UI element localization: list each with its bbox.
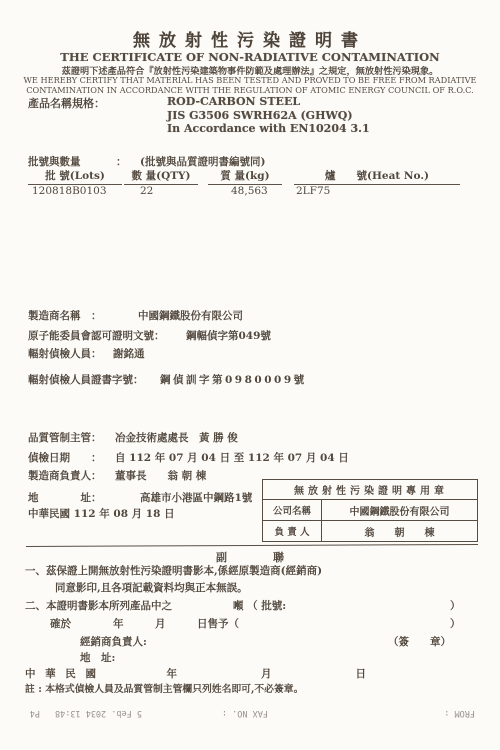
dealer-address-label: 地 址: <box>80 650 115 665</box>
dealer-seal-label: （簽 章） <box>388 634 451 649</box>
fax-header-upside-down: FROM : FAX NO. : 5 Feb. 2034 13:48 P4 <box>0 703 500 721</box>
stamp-principal-label: 負 責 人 <box>263 521 322 541</box>
qc-manager-value: 冶金技術處處長 黃 勝 俊 <box>115 430 238 445</box>
statement-en-line1: WE HEREBY CERTIFY THAT MATERIAL HAS BEEN… <box>0 75 500 85</box>
maker-label: 製造商名稱 ： <box>28 308 102 323</box>
stamp-title: 無放射性污染證明專用章 <box>263 480 477 500</box>
address-label: 地 址： <box>28 490 102 505</box>
lots-col-kg: 質 量(kg) <box>208 168 282 185</box>
lots-col-lots: 批 號(Lots) <box>28 168 122 185</box>
lot-qty: 22 <box>140 185 153 197</box>
clause1-line2: 同意影印,且各項記載資料均與正本無誤。 <box>55 580 248 595</box>
product-accordance: In Accordance with EN10204 3.1 <box>167 122 370 135</box>
product-name: ROD-CARBON STEEL <box>167 95 300 108</box>
inspector-cert-value: 鋼偵訓字第0980009號 <box>160 372 307 387</box>
lots-section-label: 批號與數量 <box>28 154 81 169</box>
clause2-close-paren: ） <box>450 598 461 613</box>
inspect-date-label: 偵檢日期 ： <box>28 450 102 465</box>
inspector-cert-label: 輻射偵檢人員證書字號： <box>28 372 144 387</box>
inspector-label: 輻射偵檢人員： <box>28 346 102 361</box>
dealer-principal-label: 經銷商負責人: <box>80 634 147 649</box>
product-label: 產品名稱規格： <box>28 95 105 111</box>
lot-number: 120818B0103 <box>32 185 107 197</box>
stamp-principal-row: 負 責 人 翁 朝 棟 <box>263 521 477 541</box>
sold-close-paren: ） <box>450 616 461 631</box>
fax-datetime: 5 Feb. 2034 13:48 <box>55 708 142 718</box>
clause2-pre: 二、本證明書影本所列產品中之 <box>25 598 172 613</box>
fax-number-label: FAX NO. : <box>222 708 268 718</box>
address-value: 高雄市小港區中鋼路1號 <box>140 490 252 505</box>
stamp-principal-value: 翁 朝 棟 <box>322 521 477 541</box>
lot-weight: 48,563 <box>231 185 268 197</box>
lots-col-heat: 爐 號(Heat No.) <box>294 168 460 185</box>
stamp-company-value: 中國鋼鐵股份有限公司 <box>322 500 477 520</box>
section-divider <box>26 544 478 547</box>
lots-section-colon: ： <box>116 154 127 169</box>
page-title: 無放射性污染證明書 <box>0 26 500 51</box>
note-line: 註 : 本格式偵檢人員及品質管制主管欄只列姓名即可,不必簽章。 <box>25 681 303 695</box>
clause2-ton-lot: 噸 （ 批號: <box>233 598 286 613</box>
aec-value: 鋼輻偵字第049號 <box>186 328 271 343</box>
principal-label: 製造商負責人： <box>28 468 102 483</box>
stamp-company-row: 公司名稱 中國鋼鐵股份有限公司 <box>263 500 477 521</box>
roc-blank-date-line: 中 華 民 國 年 月 日 <box>25 666 369 681</box>
page-subtitle-en: THE CERTIFICATE OF NON-RADIATIVE CONTAMI… <box>0 50 500 64</box>
certificate-page: 無放射性污染證明書 THE CERTIFICATE OF NON-RADIATI… <box>0 0 500 750</box>
qc-manager-label: 品質管制主管： <box>28 430 102 445</box>
certificate-stamp-box: 無放射性污染證明專用章 公司名稱 中國鋼鐵股份有限公司 負 責 人 翁 朝 棟 <box>262 479 478 542</box>
product-spec: JIS G3506 SWRH62A (GHWQ) <box>167 109 353 122</box>
maker-value: 中國鋼鐵股份有限公司 <box>138 308 243 323</box>
aec-label: 原子能委員會認可證明文號： <box>28 328 165 343</box>
lots-col-qty: 數 量(QTY) <box>124 168 198 185</box>
fax-from-label: FROM : <box>444 708 475 718</box>
statement-en-line2: CONTAMINATION IN ACCORDANCE WITH THE REG… <box>0 85 500 95</box>
sold-date-line: 確於 年 月 日售予（ <box>50 616 239 631</box>
clause1-line1: 一、茲保證上開無放射性污染證明書影本,係經原製造商(經銷商) <box>25 563 322 578</box>
roc-issue-date: 中華民國 112 年 08 月 18 日 <box>28 506 175 521</box>
lots-section-note: (批號與品質證明書編號同) <box>140 154 265 169</box>
inspect-date-value: 自 112 年 07 月 04 日 至 112 年 07 月 04 日 <box>115 450 349 465</box>
fax-page-number: P4 <box>30 708 40 718</box>
stamp-company-label: 公司名稱 <box>263 500 322 520</box>
lot-heat-no: 2LF75 <box>296 185 330 197</box>
principal-value: 董事長 翁 朝 棟 <box>115 468 206 483</box>
inspector-value: 謝銘通 <box>113 346 145 361</box>
